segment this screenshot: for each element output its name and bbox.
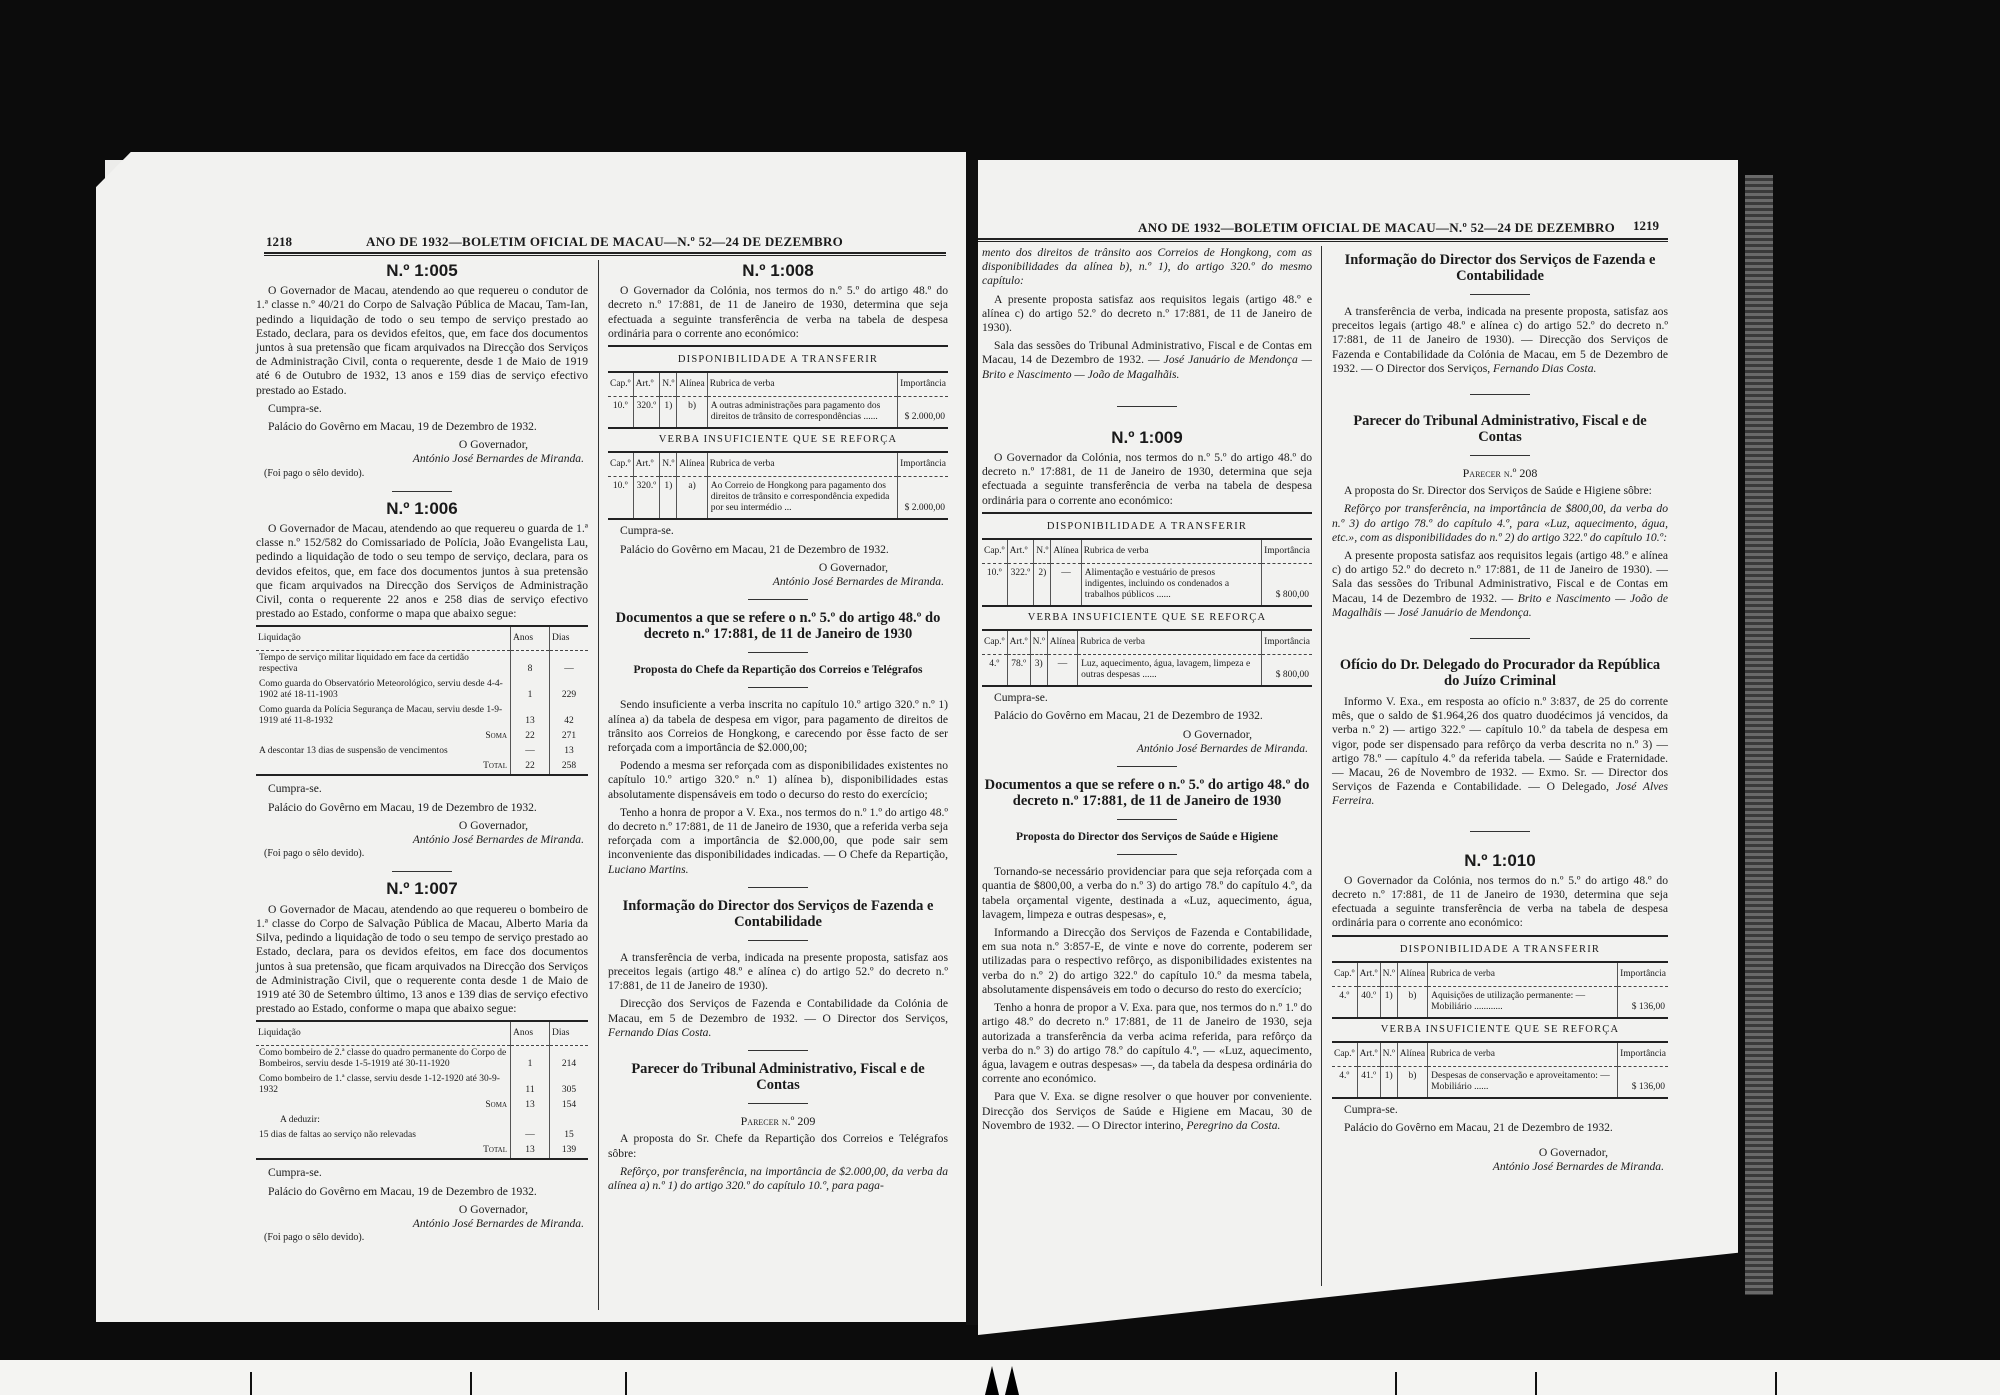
signature: António José Bernardes de Miranda. bbox=[1332, 1160, 1668, 1174]
paragraph: Informando a Direcção dos Serviços de Fa… bbox=[982, 926, 1312, 997]
table-title: VERBA INSUFICIENTE QUE SE REFORÇA bbox=[608, 433, 948, 447]
center-marker-icon bbox=[985, 1366, 999, 1395]
paragraph: Tornando-se necessário providenciar para… bbox=[982, 865, 1312, 922]
cumpra-se: Cumpra-se. bbox=[608, 524, 948, 538]
paragraph: A proposta do Sr. Chefe da Repartição do… bbox=[608, 1132, 948, 1160]
section-title: Parecer do Tribunal Administrativo, Fisc… bbox=[1332, 413, 1668, 445]
separator bbox=[748, 652, 808, 653]
signature: António José Bernardes de Miranda. bbox=[256, 452, 588, 466]
total-row: Total13139 bbox=[256, 1143, 588, 1159]
separator bbox=[1470, 455, 1530, 456]
palacio-date: Palácio do Govêrno em Macau, 19 de Dezem… bbox=[256, 801, 588, 815]
header-rule bbox=[978, 238, 1668, 242]
parecer-number: Parecer n.º 209 bbox=[608, 1114, 948, 1128]
separator bbox=[748, 1103, 808, 1104]
section-title: Informação do Director dos Serviços de F… bbox=[608, 898, 948, 930]
table-row: 10.º320.º1)b)A outras administrações par… bbox=[608, 397, 948, 429]
table-row: Tempo de serviço militar liquidado em fa… bbox=[256, 651, 588, 678]
signature: António José Bernardes de Miranda. bbox=[982, 742, 1312, 756]
paragraph: A presente proposta satisfaz aos requisi… bbox=[982, 293, 1312, 336]
scale-tick bbox=[1395, 1372, 1397, 1395]
deduct-label-row: A deduzir: bbox=[256, 1113, 588, 1128]
column-rule bbox=[598, 260, 599, 1310]
decree-body: O Governador de Macau, atendendo ao que … bbox=[256, 284, 588, 398]
palacio-date: Palácio do Govêrno em Macau, 21 de Dezem… bbox=[608, 543, 948, 557]
section-title: Documentos a que se refere o n.º 5.º do … bbox=[982, 777, 1312, 809]
subsection-title: Proposta do Director dos Serviços de Saú… bbox=[982, 830, 1312, 844]
separator bbox=[1117, 854, 1177, 855]
header-rule bbox=[264, 252, 946, 256]
right-column-2: Informação do Director dos Serviços de F… bbox=[1332, 246, 1668, 1174]
scale-tick bbox=[625, 1372, 627, 1395]
signature: António José Bernardes de Miranda. bbox=[608, 575, 948, 589]
table-title: DISPONIBILIDADE A TRANSFERIR bbox=[1332, 935, 1668, 957]
verba-table: Cap.ºArt.ºN.ºAlíneaRubrica de verbaImpor… bbox=[1332, 1041, 1668, 1099]
page-number: 1218 bbox=[266, 234, 292, 250]
separator bbox=[1117, 819, 1177, 820]
disponibilidade-table: Cap.ºArt.ºN.ºAlíneaRubrica de verbaImpor… bbox=[982, 538, 1312, 607]
section-title: Documentos a que se refere o n.º 5.º do … bbox=[608, 610, 948, 642]
film-strip-margin bbox=[0, 1360, 2000, 1395]
paragraph: Refôrço, por transferência, na importânc… bbox=[608, 1165, 948, 1193]
paragraph: A presente proposta satisfaz aos requisi… bbox=[1332, 549, 1668, 620]
right-column-1: mento dos direitos de trânsito aos Corre… bbox=[982, 246, 1312, 1137]
table-row: 4.º41.º1)b)Despesas de conservação e apr… bbox=[1332, 1067, 1668, 1099]
table-title: VERBA INSUFICIENTE QUE SE REFORÇA bbox=[1332, 1023, 1668, 1037]
separator bbox=[1470, 831, 1530, 832]
paragraph: Podendo a mesma ser reforçada com as dis… bbox=[608, 759, 948, 802]
verba-table: Cap.ºArt.ºN.ºAlíneaRubrica de verbaImpor… bbox=[608, 451, 948, 520]
page-number: 1219 bbox=[1633, 218, 1659, 234]
section-title: Ofício do Dr. Delegado do Procurador da … bbox=[1332, 657, 1668, 689]
scale-tick bbox=[1775, 1372, 1777, 1395]
left-page: 1218 ANO DE 1932—BOLETIM OFICIAL DE MACA… bbox=[96, 152, 966, 1322]
separator bbox=[1117, 406, 1177, 407]
stamp-note: (Foi pago o sêlo devido). bbox=[264, 467, 588, 481]
separator bbox=[1470, 638, 1530, 639]
separator bbox=[748, 887, 808, 888]
scale-tick bbox=[1535, 1372, 1537, 1395]
page-stack-edge bbox=[1745, 175, 1773, 1295]
decree-body: O Governador da Colónia, nos termos do n… bbox=[608, 284, 948, 341]
decree-number: N.º 1:006 bbox=[256, 502, 588, 516]
col-header: Anos bbox=[511, 1021, 550, 1046]
governor-label: O Governador, bbox=[608, 561, 948, 575]
palacio-date: Palácio do Govêrno em Macau, 19 de Dezem… bbox=[256, 420, 588, 434]
left-column-2: N.º 1:008 O Governador da Colónia, nos t… bbox=[608, 260, 948, 1197]
governor-label: O Governador, bbox=[256, 819, 588, 833]
table-row: Como bombeiro de 1.ª classe, serviu desd… bbox=[256, 1072, 588, 1098]
table-row: 4.º40.º1)b)Aquisições de utilização perm… bbox=[1332, 986, 1668, 1018]
palacio-date: Palácio do Govêrno em Macau, 19 de Dezem… bbox=[256, 1185, 588, 1199]
liquidation-table: Liquidação Anos Dias Como bombeiro de 2.… bbox=[256, 1020, 588, 1160]
cumpra-se: Cumpra-se. bbox=[256, 1166, 588, 1180]
paragraph: A proposta do Sr. Director dos Serviços … bbox=[1332, 484, 1668, 498]
paragraph: Informo V. Exa., em resposta ao ofício n… bbox=[1332, 695, 1668, 809]
table-row: Como guarda do Observatório Meteorológic… bbox=[256, 677, 588, 703]
liquidation-table: Liquidação Anos Dias Tempo de serviço mi… bbox=[256, 625, 588, 776]
stamp-note: (Foi pago o sêlo devido). bbox=[264, 1231, 588, 1245]
decree-body: O Governador da Colónia, nos termos do n… bbox=[982, 451, 1312, 508]
separator bbox=[748, 599, 808, 600]
table-row: 10.º322.º2)—Alimentação e vestuário de p… bbox=[982, 564, 1312, 607]
decree-number: N.º 1:009 bbox=[982, 431, 1312, 445]
decree-number: N.º 1:005 bbox=[256, 264, 588, 278]
running-head: ANO DE 1932—BOLETIM OFICIAL DE MACAU—N.º… bbox=[1138, 220, 1615, 236]
col-header: Anos bbox=[511, 626, 550, 651]
separator bbox=[392, 871, 452, 872]
decree-body: O Governador da Colónia, nos termos do n… bbox=[1332, 874, 1668, 931]
left-column-1: N.º 1:005 O Governador de Macau, atenden… bbox=[256, 260, 588, 1245]
col-header: Liquidação bbox=[256, 1021, 511, 1046]
cumpra-se: Cumpra-se. bbox=[256, 782, 588, 796]
binding-gutter bbox=[966, 160, 978, 1325]
paragraph: mento dos direitos de trânsito aos Corre… bbox=[982, 246, 1312, 289]
decree-number: N.º 1:010 bbox=[1332, 854, 1668, 868]
table-title: DISPONIBILIDADE A TRANSFERIR bbox=[608, 345, 948, 367]
governor-label: O Governador, bbox=[256, 438, 588, 452]
signature: António José Bernardes de Miranda. bbox=[256, 1217, 588, 1231]
decree-body: O Governador de Macau, atendendo ao que … bbox=[256, 522, 588, 621]
paragraph: Sendo insuficiente a verba inscrita no c… bbox=[608, 698, 948, 755]
separator bbox=[748, 940, 808, 941]
running-head: ANO DE 1932—BOLETIM OFICIAL DE MACAU—N.º… bbox=[366, 234, 843, 250]
cumpra-se: Cumpra-se. bbox=[982, 691, 1312, 705]
col-header: Liquidação bbox=[256, 626, 511, 651]
decree-number: N.º 1:007 bbox=[256, 882, 588, 896]
decree-number: N.º 1:008 bbox=[608, 264, 948, 278]
table-title: DISPONIBILIDADE A TRANSFERIR bbox=[982, 512, 1312, 534]
palacio-date: Palácio do Govêrno em Macau, 21 de Dezem… bbox=[1332, 1121, 1668, 1135]
paragraph: Tenho a honra de propor a V. Exa., nos t… bbox=[608, 806, 948, 877]
paragraph: Sala das sessões do Tribunal Administrat… bbox=[982, 339, 1312, 382]
paragraph: A transferência de verba, indicada na pr… bbox=[1332, 305, 1668, 376]
col-header: Dias bbox=[550, 626, 589, 651]
governor-label: O Governador, bbox=[1332, 1146, 1668, 1160]
soma-row: Soma13154 bbox=[256, 1098, 588, 1113]
separator bbox=[748, 687, 808, 688]
deduct-row: 15 dias de faltas ao serviço não relevad… bbox=[256, 1128, 588, 1143]
governor-label: O Governador, bbox=[256, 1203, 588, 1217]
col-header: Dias bbox=[550, 1021, 589, 1046]
section-title: Informação do Director dos Serviços de F… bbox=[1332, 252, 1668, 284]
separator bbox=[1470, 394, 1530, 395]
separator bbox=[392, 491, 452, 492]
disponibilidade-table: Cap.ºArt.ºN.ºAlíneaRubrica de verbaImpor… bbox=[608, 371, 948, 429]
decree-body: O Governador de Macau, atendendo ao que … bbox=[256, 903, 588, 1017]
section-title: Parecer do Tribunal Administrativo, Fisc… bbox=[608, 1061, 948, 1093]
governor-label: O Governador, bbox=[982, 728, 1312, 742]
scale-tick bbox=[250, 1372, 252, 1395]
paragraph: Tenho a honra de propor a V. Exa. para q… bbox=[982, 1001, 1312, 1086]
paragraph: Refôrço por transferência, na importânci… bbox=[1332, 502, 1668, 545]
signature: António José Bernardes de Miranda. bbox=[256, 833, 588, 847]
table-title: VERBA INSUFICIENTE QUE SE REFORÇA bbox=[982, 611, 1312, 625]
right-page: ANO DE 1932—BOLETIM OFICIAL DE MACAU—N.º… bbox=[978, 160, 1738, 1335]
separator bbox=[748, 1050, 808, 1051]
table-row: 4.º78.º3)—Luz, aquecimento, água, lavage… bbox=[982, 655, 1312, 687]
separator bbox=[1117, 766, 1177, 767]
paragraph: A transferência de verba, indicada na pr… bbox=[608, 951, 948, 994]
stamp-note: (Foi pago o sêlo devido). bbox=[264, 847, 588, 861]
paragraph: Direcção dos Serviços de Fazenda e Conta… bbox=[608, 997, 948, 1040]
palacio-date: Palácio do Govêrno em Macau, 21 de Dezem… bbox=[982, 709, 1312, 723]
disponibilidade-table: Cap.ºArt.ºN.ºAlíneaRubrica de verbaImpor… bbox=[1332, 961, 1668, 1019]
cumpra-se: Cumpra-se. bbox=[256, 402, 588, 416]
parecer-number: Parecer n.º 208 bbox=[1332, 466, 1668, 480]
cumpra-se: Cumpra-se. bbox=[1332, 1103, 1668, 1117]
separator bbox=[1470, 294, 1530, 295]
table-row: Como bombeiro de 2.ª classe do quadro pe… bbox=[256, 1046, 588, 1073]
scale-tick bbox=[470, 1372, 472, 1395]
discount-row: A descontar 13 dias de suspensão de venc… bbox=[256, 744, 588, 759]
subsection-title: Proposta do Chefe da Repartição dos Corr… bbox=[608, 663, 948, 677]
table-row: Como guarda da Polícia Segurança de Maca… bbox=[256, 703, 588, 729]
paragraph: Para que V. Exa. se digne resolver o que… bbox=[982, 1090, 1312, 1133]
table-row: 10.º320.º1)a)Ao Correio de Hongkong para… bbox=[608, 477, 948, 520]
column-rule bbox=[1321, 246, 1322, 1286]
soma-row: Soma22271 bbox=[256, 729, 588, 744]
verba-table: Cap.ºArt.ºN.ºAlíneaRubrica de verbaImpor… bbox=[982, 629, 1312, 687]
center-marker-icon bbox=[1005, 1366, 1019, 1395]
total-row: Total22258 bbox=[256, 759, 588, 775]
